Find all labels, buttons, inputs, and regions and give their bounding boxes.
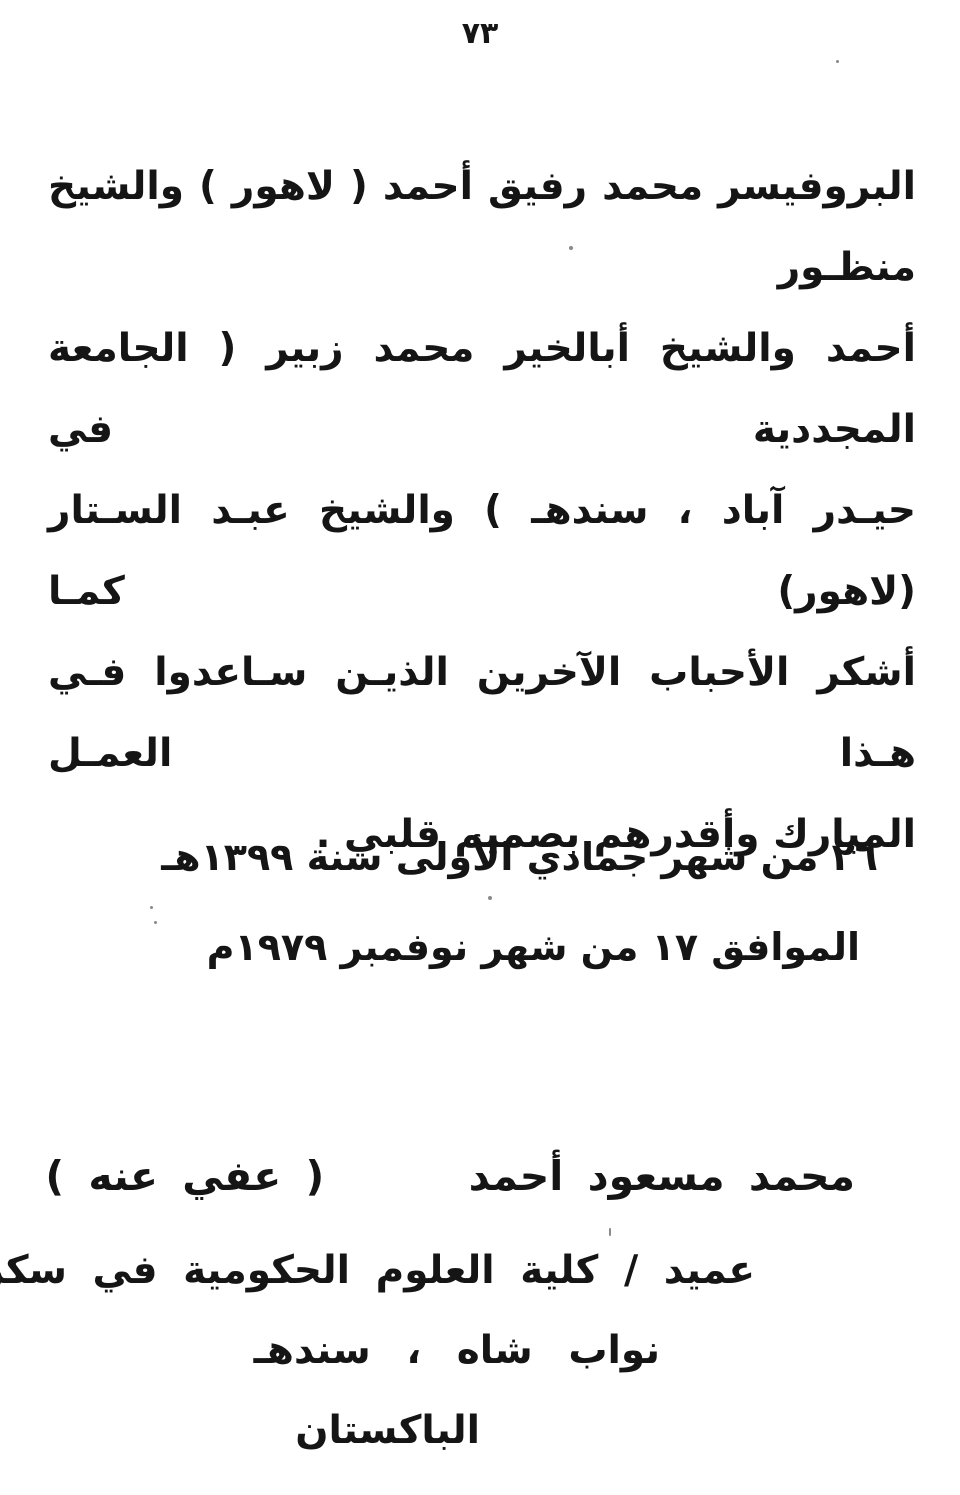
scanned-book-page: ٧٣ البروفيسر محمد رفيق أحمد ( لاهور ) وا… — [0, 0, 960, 1495]
paragraph-line-4: أشكر الأحباب الآخرين الذيـن سـاعدوا فـي … — [48, 632, 916, 794]
acknowledgement-paragraph: البروفيسر محمد رفيق أحمد ( لاهور ) والشي… — [48, 146, 916, 875]
page-number: ٧٣ — [0, 16, 960, 51]
author-name-line: محمد مسعود أحمد ( عفي عنه ) — [45, 1152, 855, 1200]
paragraph-line-2: أحمد والشيخ أبالخير محمد زبير ( الجامعة … — [48, 308, 916, 470]
author-pardon-phrase: ( عفي عنه ) — [45, 1152, 324, 1200]
hijri-date: ٢٦ من شهر جمادي الأولى سنة ١٣٩٩هـ — [161, 812, 878, 902]
author-country: الباكستان — [295, 1408, 480, 1453]
author-city: نواب شاه ، سندهـ — [254, 1328, 660, 1373]
scan-speck — [836, 60, 839, 63]
scan-speck — [154, 921, 157, 924]
paragraph-line-1: البروفيسر محمد رفيق أحمد ( لاهور ) والشي… — [48, 146, 916, 308]
author-name: محمد مسعود أحمد — [469, 1152, 855, 1200]
gregorian-date: الموافق ١٧ من شهر نوفمبر ١٩٧٩م — [161, 902, 860, 992]
scan-speck — [569, 246, 573, 250]
paragraph-line-3: حيـدر آباد ، سندهـ ) والشيخ عبـد السـتار… — [48, 470, 916, 632]
date-block: ٢٦ من شهر جمادي الأولى سنة ١٣٩٩هـ المواف… — [161, 812, 878, 992]
author-title: عميد / كلية العلوم الحكومية في سكرند ، — [0, 1248, 755, 1293]
scan-speck — [488, 896, 492, 900]
scan-speck — [150, 906, 153, 909]
scan-speck — [609, 1228, 611, 1236]
